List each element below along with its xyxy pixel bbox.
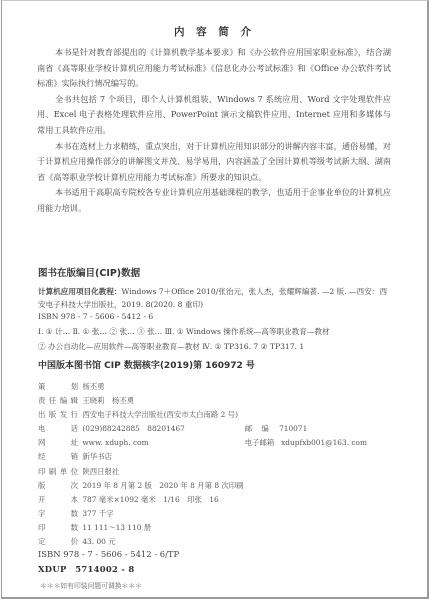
- cip-title-line: 计算机应用项目化教程：Windows 7＋Office 2010/张治元，张人杰…: [38, 286, 393, 311]
- isbn-full: ISBN 978 - 7 - 5606 - 5412 - 6/TP: [38, 549, 179, 559]
- cip-isbn: ISBN 978 - 7 - 5606 - 5412 - 6: [38, 311, 393, 324]
- info-label: 定价: [38, 535, 78, 549]
- info-format: 开本 787 毫米×1092 毫米 1/16 印张 16: [38, 493, 367, 507]
- info-value: www. xduph. com: [82, 436, 242, 450]
- info-value: xdupfxb001@163. com: [281, 436, 367, 450]
- summary-paragraph: 本书在选材上力求精练，重点突出，对于计算机应用知识部分的讲解内容丰富，通俗易懂，…: [37, 139, 391, 186]
- publication-info: 策划 杨丕勇 责任编辑 王晓莉 杨丕勇 出版发行 西安电子科技大学出版社(西安市…: [38, 380, 367, 549]
- print-notice: ＊＊＊如有印装问题可调换＊＊＊: [40, 580, 142, 590]
- info-label: 出版发行: [38, 408, 78, 422]
- info-value: 43. 00 元: [82, 535, 115, 549]
- cip-number: 中国版本图书馆 CIP 数据核字(2019)第 160972 号: [38, 358, 255, 371]
- info-value: 陕西日报社: [82, 465, 119, 479]
- info-label: 字数: [38, 507, 78, 521]
- info-planning: 策划 杨丕勇: [38, 380, 367, 394]
- summary-paragraph: 本书是针对教育部提出的《计算机教学基本要求》和《办公软件应用国家职业标准》，结合…: [37, 45, 391, 92]
- info-label: 印刷单位: [38, 465, 78, 479]
- summary-title: 内 容 简 介: [2, 24, 427, 39]
- info-printer: 印刷单位 陕西日报社: [38, 465, 367, 479]
- info-value: 710071: [279, 422, 307, 436]
- info-label: 邮编: [245, 422, 269, 436]
- info-label: 开本: [38, 493, 78, 507]
- info-label: 策划: [38, 380, 78, 394]
- info-publisher: 出版发行 西安电子科技大学出版社(西安市太白南路 2 号): [38, 408, 367, 422]
- info-value: 787 毫米×1092 毫米 1/16 印张 16: [82, 493, 218, 507]
- cip-classification: Ⅰ. ① 计… Ⅱ. ① 张… ② 张… ③ 张… Ⅲ. ① Windows 操…: [38, 325, 398, 354]
- copyright-page: 内 容 简 介 本书是针对教育部提出的《计算机教学基本要求》和《办公软件应用国家…: [1, 0, 429, 599]
- info-print-run: 印数 11 111～13 110 册: [38, 521, 367, 535]
- info-price: 定价 43. 00 元: [38, 535, 367, 549]
- info-edition: 版次 2019 年 8 月第 2 版 2020 年 8 月第 8 次印刷: [38, 479, 367, 493]
- cip-heading: 图书在版编目(CIP)数据: [38, 265, 140, 279]
- summary-paragraph: 全书共包括 7 个项目，即个人计算机组装、Windows 7 系统应用、Word…: [37, 92, 391, 139]
- info-editor: 责任编辑 王晓莉 杨丕勇: [38, 394, 367, 408]
- info-value: (029)88242885 88201467: [82, 422, 242, 436]
- info-value: 377 千字: [82, 507, 113, 521]
- info-distributor: 经销 新华书店: [38, 450, 367, 464]
- info-website: 网址 www. xduph. com 电子邮箱 xdupfxb001@163. …: [38, 436, 367, 450]
- cip-class-line: ② 办公自动化—应用软件—高等职业教育—教材 Ⅳ. ① TP316. 7 ② T…: [38, 340, 398, 355]
- info-phone: 电话 (029)88242885 88201467 邮编 710071: [38, 422, 367, 436]
- cip-class-line: Ⅰ. ① 计… Ⅱ. ① 张… ② 张… ③ 张… Ⅲ. ① Windows 操…: [38, 325, 398, 340]
- info-value: 王晓莉 杨丕勇: [82, 394, 134, 408]
- info-label: 经销: [38, 450, 78, 464]
- info-label: 电子邮箱: [245, 436, 275, 450]
- info-label: 版次: [38, 479, 78, 493]
- info-label: 印数: [38, 521, 78, 535]
- cip-record: 计算机应用项目化教程：Windows 7＋Office 2010/张治元，张人杰…: [38, 286, 393, 324]
- info-value: 新华书店: [82, 450, 112, 464]
- xdup-code: XDUP 5714002 - 8: [38, 563, 134, 575]
- info-label: 责任编辑: [38, 394, 78, 408]
- cip-book-title: 计算机应用项目化教程：: [38, 287, 122, 296]
- info-value: 2019 年 8 月第 2 版 2020 年 8 月第 8 次印刷: [82, 479, 243, 493]
- info-word-count: 字数 377 千字: [38, 507, 367, 521]
- summary-text: 本书是针对教育部提出的《计算机教学基本要求》和《办公软件应用国家职业标准》，结合…: [37, 45, 391, 217]
- info-label: 网址: [38, 436, 78, 450]
- info-label: 电话: [38, 422, 78, 436]
- info-value: 杨丕勇: [82, 380, 104, 394]
- info-value: 11 111～13 110 册: [82, 521, 151, 535]
- summary-paragraph: 本书适用于高职高专院校各专业计算机应用基础课程的教学，也适用于企事业单位的计算机…: [37, 185, 391, 216]
- info-value: 西安电子科技大学出版社(西安市太白南路 2 号): [82, 408, 238, 422]
